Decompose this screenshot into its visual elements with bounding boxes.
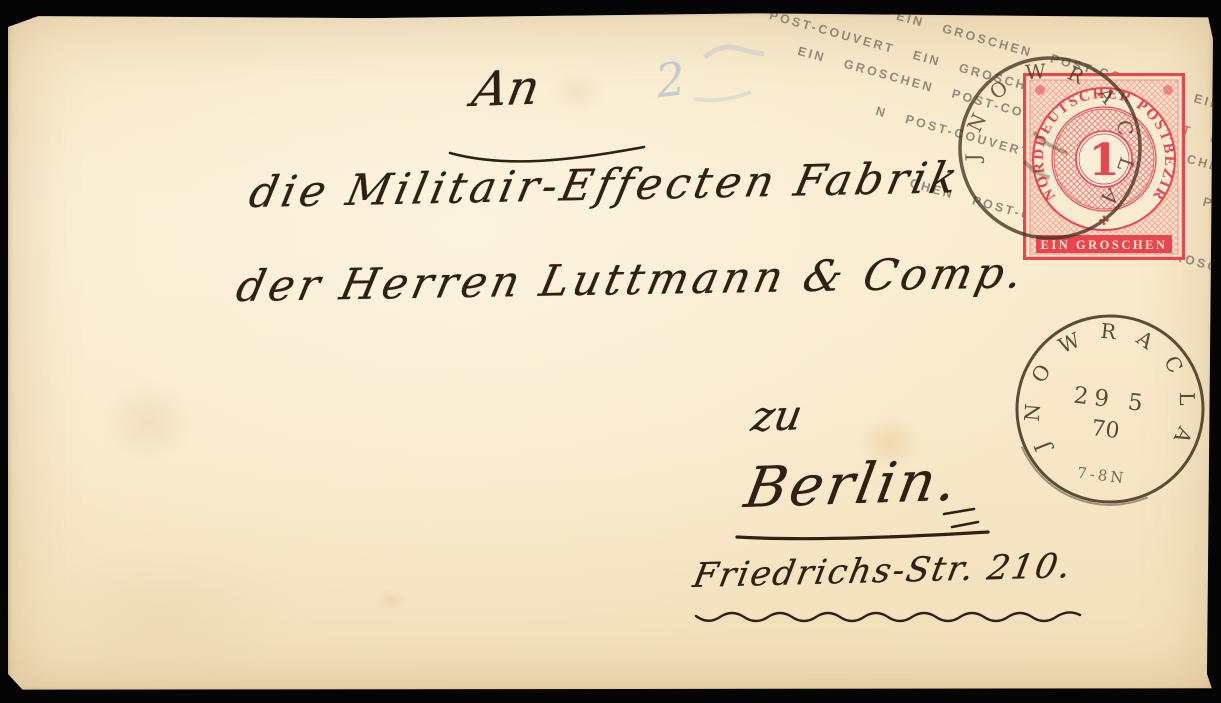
address-line1: die Militair-Effecten Fabrik — [245, 153, 965, 218]
postmark-town-text: JNOWRACLAW — [1014, 309, 1211, 476]
postmark-year: 70 — [1090, 416, 1121, 444]
postmark-time: 7-8N — [1076, 464, 1127, 488]
stain — [376, 588, 406, 612]
city-trailing-dashes — [944, 509, 978, 527]
postmark-double-strike-arc — [1016, 447, 1152, 511]
city-underline — [737, 532, 988, 539]
stamp-corner-ornament — [1163, 85, 1173, 95]
stamp-bottom-ornament: ✣ — [1099, 213, 1110, 228]
stain — [20, 545, 300, 685]
stamp-value-text: EIN GROSCHEN — [1041, 238, 1168, 252]
address-preposition: zu — [748, 390, 806, 441]
postmark-circle — [1006, 305, 1213, 512]
envelope: VERT EIN GROSCHEN POST-COUVERT EIN GROSC… — [8, 12, 1213, 691]
address-salutation: An — [468, 60, 544, 118]
stamp-numeral: 1 — [1089, 135, 1120, 186]
postmark-clear: JNOWRACLAW 29 5 70 7-8N — [1006, 305, 1214, 515]
address-street: Friedrichs-Str. 210. — [690, 546, 1076, 596]
street-wavy-underline — [696, 612, 1080, 621]
stamp-corner-ornament — [1035, 85, 1045, 95]
salutation-underline — [450, 147, 644, 161]
stamp-graphic: NORDDEUTSCHER POSTBEZIRK ✣ 1 EIN GROSCHE… — [1023, 73, 1185, 260]
imprinted-stamp: NORDDEUTSCHER POSTBEZIRK ✣ 1 EIN GROSCHE… — [1023, 73, 1185, 260]
address-city: Berlin. — [740, 449, 965, 521]
address-line2: der Herren Luttmann & Comp. — [232, 248, 1031, 312]
postmark-date: 29 5 — [1072, 383, 1150, 418]
pencil-squiggle — [693, 92, 751, 103]
stain — [858, 416, 922, 468]
pencil-squiggle — [704, 43, 765, 62]
stain — [100, 380, 196, 464]
stain — [548, 70, 606, 114]
pencil-note-text: 2 — [652, 51, 689, 108]
photo-background: VERT EIN GROSCHEN POST-COUVERT EIN GROSC… — [0, 0, 1221, 703]
